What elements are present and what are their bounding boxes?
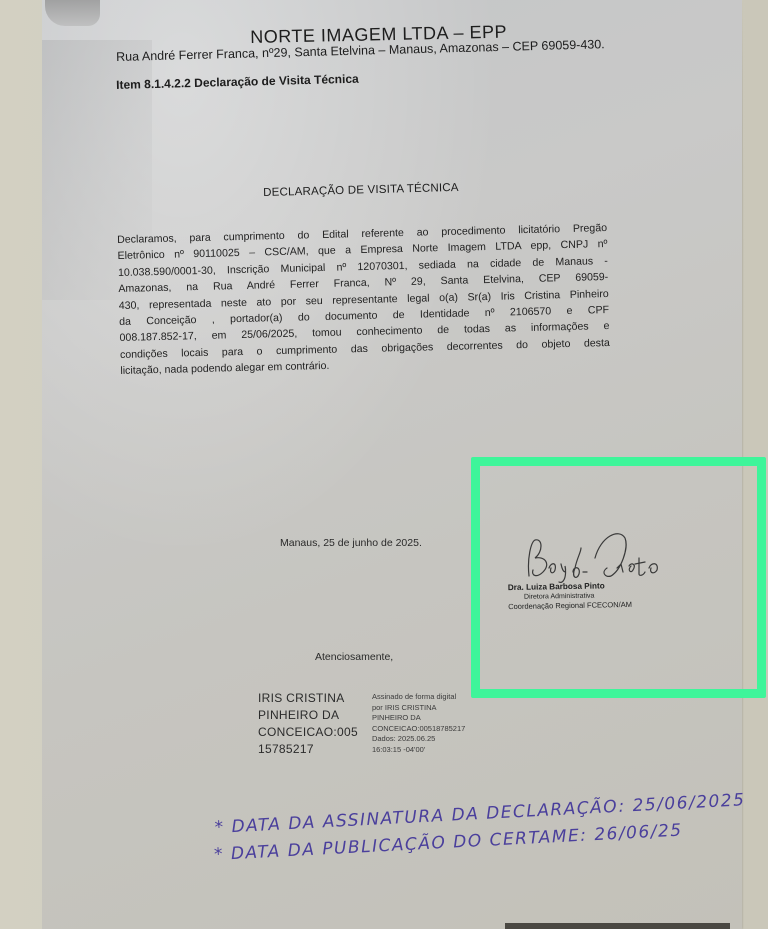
bottom-edge-object [505,923,730,929]
signer-name-line: IRIS CRISTINA [258,690,358,707]
digital-certificate-info: Assinado de forma digital por IRIS CRIST… [372,690,465,758]
cert-line: Dados: 2025.06.25 [372,734,465,745]
cert-line: PINHEIRO DA [372,713,465,724]
signer-name-line: PINHEIRO DA [258,707,358,724]
signer-name-line: CONCEICAO:005 [258,724,358,741]
cert-line: 16:03:15 -04'00' [372,745,465,756]
cert-line: CONCEICAO:00518785217 [372,724,465,735]
closing-text: Atenciosamente, [315,651,393,663]
official-stamp: Dra. Luiza Barbosa Pinto Diretora Admini… [508,581,632,612]
signer-name-line: 15785217 [258,741,358,758]
digital-signature-block: IRIS CRISTINA PINHEIRO DA CONCEICAO:005 … [258,690,465,758]
cert-line: Assinado de forma digital [372,692,465,703]
declaration-body: Declaramos, para cumprimento do Edital r… [117,220,610,380]
handwritten-signature [521,528,671,588]
place-date: Manaus, 25 de junho de 2025. [280,537,422,549]
paper-tear [45,0,100,26]
signer-name: IRIS CRISTINA PINHEIRO DA CONCEICAO:005 … [258,690,358,758]
cert-line: por IRIS CRISTINA [372,703,465,714]
